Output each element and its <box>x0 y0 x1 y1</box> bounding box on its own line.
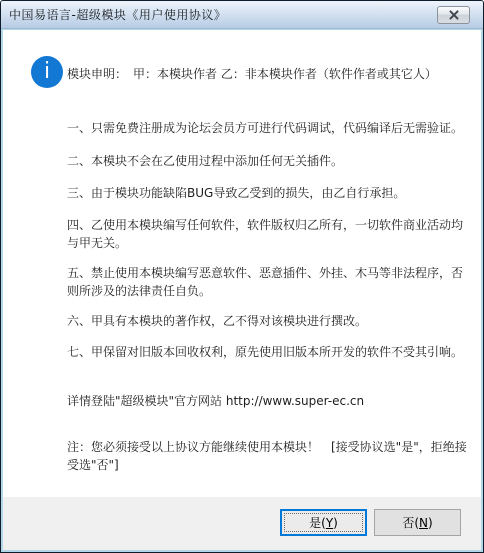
agreement-text: 模块申明： 甲：本模块作者 乙：非本模块作者（软件作者或其它人） 一、只需免费注… <box>67 30 469 474</box>
close-button[interactable] <box>437 6 470 24</box>
info-icon-glyph: i <box>44 61 50 83</box>
yes-label-pre: 是( <box>309 516 326 530</box>
window-title: 中国易语言-超级模块《用户使用协议》 <box>9 6 226 23</box>
dialog-body: i 模块申明： 甲：本模块作者 乙：非本模块作者（软件作者或其它人） 一、只需免… <box>3 30 481 550</box>
info-icon: i <box>31 56 63 88</box>
clause-7: 七、甲保留对旧版本回收权利，原先使用旧版本所开发的软件不受其引响。 <box>67 343 469 361</box>
no-label-post: ) <box>428 516 433 530</box>
no-label-pre: 否( <box>402 516 419 530</box>
titlebar[interactable]: 中国易语言-超级模块《用户使用协议》 <box>1 1 483 29</box>
no-accelerator: N <box>419 516 428 530</box>
button-bar: 是(Y) 否(N) <box>3 497 481 550</box>
clause-1: 一、只需免费注册成为论坛会员方可进行代码调试，代码编译后无需验证。 <box>67 119 469 137</box>
note-line: 注：您必须接受以上协议方能继续使用本模块！ [接受协议选"是"，拒绝接受选"否"… <box>67 438 469 474</box>
no-button[interactable]: 否(N) <box>374 509 461 536</box>
clause-6: 六、甲具有本模块的著作权，乙不得对该模块进行撰改。 <box>67 312 469 330</box>
dialog-window: 中国易语言-超级模块《用户使用协议》 i 模块申明： 甲：本模块作者 乙：非本模… <box>0 0 484 553</box>
clause-2: 二、本模块不会在乙使用过程中添加任何无关插件。 <box>67 152 469 170</box>
content-area: i 模块申明： 甲：本模块作者 乙：非本模块作者（软件作者或其它人） 一、只需免… <box>3 30 481 497</box>
clause-4: 四、乙使用本模块编写任何软件，软件版权归乙所有，一切软件商业活动均与甲无关。 <box>67 216 469 252</box>
website-line: 详情登陆"超级模块"官方网站 http://www.super-ec.cn <box>67 392 469 410</box>
yes-label-post: ) <box>333 516 338 530</box>
statement-line: 模块申明： 甲：本模块作者 乙：非本模块作者（软件作者或其它人） <box>67 65 469 83</box>
clause-5: 五、禁止使用本模块编写恶意软件、恶意插件、外挂、木马等非法程序，否则所涉及的法律… <box>67 264 469 300</box>
clause-3: 三、由于模块功能缺陷BUG导致乙受到的损失，由乙自行承担。 <box>67 184 469 202</box>
close-icon <box>448 9 460 21</box>
yes-button[interactable]: 是(Y) <box>280 509 367 536</box>
